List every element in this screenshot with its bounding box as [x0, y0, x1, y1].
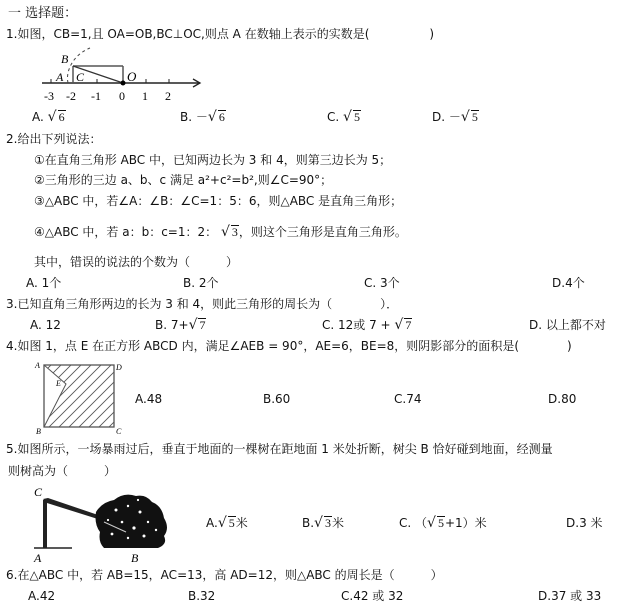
- option-a[interactable]: A.42: [28, 588, 55, 604]
- option-c[interactable]: C. 3个: [364, 275, 400, 291]
- option-b[interactable]: B. －√6: [180, 109, 226, 125]
- label-C: C: [76, 70, 85, 84]
- option-c[interactable]: C. √5: [327, 109, 361, 125]
- option-d[interactable]: D.4个: [552, 275, 585, 291]
- option-a[interactable]: A. 1个: [26, 275, 61, 291]
- option-d[interactable]: D.80: [548, 391, 576, 407]
- option-d[interactable]: D.3 米: [566, 515, 603, 531]
- label-B: B: [61, 52, 69, 66]
- option-a[interactable]: A.48: [135, 391, 162, 407]
- option-b[interactable]: B. 2个: [183, 275, 219, 291]
- option-d[interactable]: D.37 或 33: [538, 588, 601, 604]
- option-b[interactable]: B.60: [263, 391, 290, 407]
- question-2-stem: 2.给出下列说法：: [6, 131, 101, 147]
- question-5-stem: 5.如图所示，一场暴雨过后，垂直于地面的一棵树在距地面 1 米处折断，树尖 B …: [6, 441, 553, 457]
- option-a[interactable]: A.√5米: [206, 515, 248, 531]
- label-B: B: [36, 427, 41, 436]
- option-a[interactable]: A. √6: [32, 109, 66, 125]
- option-a[interactable]: A. 12: [30, 317, 61, 333]
- label-D: D: [115, 363, 122, 372]
- option-b[interactable]: B.√3米: [302, 515, 344, 531]
- label-A: A: [55, 70, 64, 84]
- tick-label: 2: [165, 89, 171, 103]
- statement-2: ②三角形的三边 a、b、c 满足 a²+c²=b²,则∠C=90°；: [34, 172, 332, 188]
- option-d[interactable]: D. －√5: [432, 109, 479, 125]
- label-B: B: [131, 551, 139, 565]
- option-d[interactable]: D. 以上都不对: [529, 317, 606, 333]
- label-O: O: [127, 69, 137, 84]
- label-E: E: [55, 379, 61, 388]
- statement-1: ①在直角三角形 ABC 中，已知两边长为 3 和 4，则第三边长为 5；: [34, 152, 391, 168]
- number-line-figure: B A C O -3 -2 -1 0 1 2: [30, 45, 210, 105]
- question-5-stem-2: 则树高为（ ）: [8, 463, 116, 479]
- label-A: A: [34, 361, 40, 370]
- question-6-stem: 6.在△ABC 中，若 AB=15，AC=13，高 AD=12，则△ABC 的周…: [6, 567, 443, 583]
- question-2-ask: 其中，错误的说法的个数为（ ）: [34, 254, 238, 270]
- broken-tree-figure: C A B: [24, 484, 174, 564]
- tick-label: -2: [66, 89, 76, 103]
- label-C: C: [116, 427, 122, 436]
- question-3-stem: 3.已知直角三角形两边的长为 3 和 4，则此三角形的周长为（ ）．: [6, 296, 398, 312]
- statement-4: ④△ABC 中，若 a：b：c=1：2： √3，则这个三角形是直角三角形。: [34, 224, 407, 240]
- section-title: 一 选择题：: [8, 6, 77, 22]
- option-c[interactable]: C.74: [394, 391, 421, 407]
- option-c[interactable]: C.42 或 32: [341, 588, 403, 604]
- label-C: C: [34, 485, 43, 499]
- question-1-stem: 1.如图，CB=1,且 OA=OB,BC⊥OC,则点 A 在数轴上表示的实数是(…: [6, 26, 434, 42]
- tick-label: -3: [44, 89, 54, 103]
- option-b[interactable]: B.32: [188, 588, 215, 604]
- option-c[interactable]: C. 12或 7 + √7: [322, 317, 412, 333]
- square-figure: A D E B C: [34, 362, 124, 434]
- tick-label: -1: [91, 89, 101, 103]
- question-4-stem: 4.如图 1，点 E 在正方形 ABCD 内，满足∠AEB = 90°，AE=6…: [6, 338, 572, 354]
- label-A: A: [33, 551, 42, 565]
- tick-label: 1: [142, 89, 148, 103]
- statement-3: ③△ABC 中，若∠A：∠B：∠C=1：5：6，则△ABC 是直角三角形；: [34, 193, 402, 209]
- tick-label: 0: [119, 89, 125, 103]
- option-b[interactable]: B. 7+√7: [155, 317, 206, 333]
- option-c[interactable]: C. （√5+1）米: [399, 515, 487, 531]
